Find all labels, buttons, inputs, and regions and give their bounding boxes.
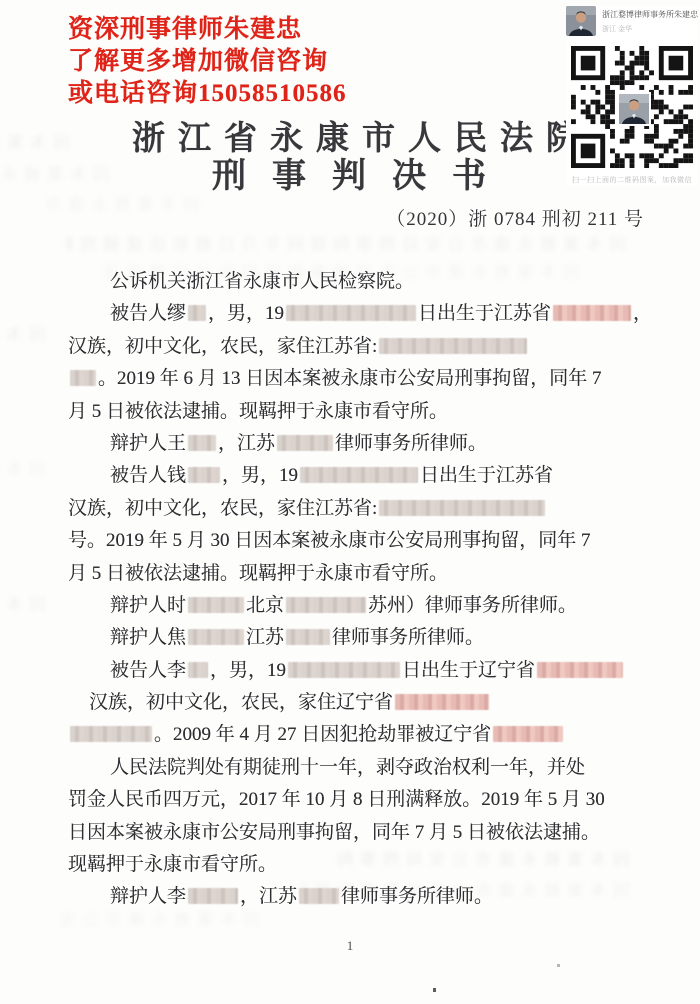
body-text: 罚金人民币四万元，2017 年 10 月 8 日刑满释放。2019 年 5 月 … [68, 789, 605, 810]
body-text: ，江苏 [218, 433, 275, 454]
redaction-block [188, 467, 220, 483]
body-text: 北京 [246, 595, 284, 616]
body-text: 现羁押于永康市看守所。 [68, 854, 277, 875]
body-line: 被告人缪，男，19日出生于江苏省， [68, 298, 658, 330]
body-text: 公诉机关浙江省永康市人民检察院。 [110, 271, 414, 292]
redaction-block [70, 370, 96, 386]
body-text: 律师事务所律师。 [335, 433, 487, 454]
lawyer-ad-stamp: 资深刑事律师朱建忠 了解更多增加微信咨询 或电话咨询15058510586 [68, 14, 347, 110]
body-text: 律师事务所律师。 [332, 627, 484, 648]
scan-artifact [433, 988, 436, 992]
body-text: 人民法院判处有期徒刑十一年，剥夺政治权利一年，并处 [110, 757, 585, 778]
judgment-body: 公诉机关浙江省永康市人民检察院。被告人缪，男，19日出生于江苏省，汉族，初中文化… [68, 266, 658, 914]
body-line: 辩护人王，江苏律师事务所律师。 [68, 428, 658, 460]
body-text: 月 5 日被依法逮捕。现羁押于永康市看守所。 [68, 401, 448, 422]
body-text: 。2019 年 6 月 13 日因本案被永康市公安局刑事拘留，同年 7 [98, 368, 602, 389]
body-text: 日因本案被永康市公安局刑事拘留，同年 7 月 5 日被依法逮捕。 [68, 822, 600, 843]
body-text: 。2009 年 4 月 27 日因犯抢劫罪被辽宁省 [154, 724, 491, 745]
bleed-through-text: 因本案被永康市公安局刑事拘留同年月日被依法逮捕现羁押于永康市看守所因本案被永康市… [66, 230, 626, 255]
redaction-block [277, 435, 333, 451]
qr-code [571, 46, 693, 168]
qr-center-avatar [617, 92, 651, 126]
redaction-block [188, 888, 238, 904]
body-line: 汉族，初中文化，农民，家住辽宁省 [68, 687, 658, 719]
redaction-block [286, 597, 366, 613]
body-text: 日出生于江苏省 [418, 303, 551, 324]
body-text: ，男，19 [222, 465, 298, 486]
redaction-block [395, 694, 489, 710]
body-text: 被告人李 [110, 660, 186, 681]
redaction-block [537, 662, 623, 678]
body-text: 日出生于辽宁省 [402, 660, 535, 681]
body-text: 日出生于江苏省 [420, 465, 553, 486]
redaction-block [379, 500, 545, 516]
body-line: 人民法院判处有期徒刑十一年，剥夺政治权利一年，并处 [68, 752, 658, 784]
ad-line-phone: 或电话咨询15058510586 [68, 78, 347, 110]
body-line: 被告人钱，男，19日出生于江苏省 [68, 460, 658, 492]
body-text: 汉族，初中文化，农民，家住江苏省: [68, 336, 377, 357]
redaction-block [553, 305, 631, 321]
contact-header: 浙江婺博律师事务所朱建忠 浙江 金华 [566, 6, 698, 36]
body-text: 辩护人王 [110, 433, 186, 454]
bleed-through-text: 因本案被永康市公安局刑事拘留同年月日被依法逮捕现羁押于永康市看守所因本案被永康市… [0, 320, 46, 345]
redaction-block [286, 305, 416, 321]
bleed-through-text: 因本案被永康市公安局刑事拘留同年月日被依法逮捕现羁押于永康市看守所因本案被永康市… [0, 455, 46, 480]
ad-line-lawyer-name: 资深刑事律师朱建忠 [68, 14, 347, 46]
scanned-judgment-page: 因本案被永康市公安局刑事拘留同年月日被依法逮捕现羁押于永康市看守所因本案被永康市… [0, 0, 700, 1004]
body-text: 苏州）律师事务所律师。 [368, 595, 577, 616]
body-line: 公诉机关浙江省永康市人民检察院。 [68, 266, 658, 298]
body-line: 罚金人民币四万元，2017 年 10 月 8 日刑满释放。2019 年 5 月 … [68, 784, 658, 816]
body-line: 。2019 年 6 月 13 日因本案被永康市公安局刑事拘留，同年 7 [68, 363, 658, 395]
body-text: 辩护人李 [110, 886, 186, 907]
body-text: 律师事务所律师。 [341, 886, 493, 907]
body-text: 汉族，初中文化，农民，家住辽宁省 [89, 692, 393, 713]
body-line: 汉族，初中文化，农民，家住江苏省: [68, 493, 658, 525]
body-line: 辩护人李，江苏律师事务所律师。 [68, 881, 658, 913]
page-number: 1 [0, 938, 700, 954]
contact-avatar [566, 6, 596, 36]
contact-name: 浙江婺博律师事务所朱建忠 [602, 10, 698, 19]
body-line: 被告人李，男，19日出生于辽宁省 [68, 655, 658, 687]
redaction-block [70, 726, 152, 742]
body-line: 日因本案被永康市公安局刑事拘留，同年 7 月 5 日被依法逮捕。 [68, 817, 658, 849]
body-text: 号。2019 年 5 月 30 日因本案被永康市公安局刑事拘留，同年 7 [68, 530, 591, 551]
body-text: 汉族，初中文化，农民，家住江苏省: [68, 498, 377, 519]
body-line: 汉族，初中文化，农民，家住江苏省: [68, 331, 658, 363]
redaction-block [188, 662, 208, 678]
body-text: 被告人钱 [110, 465, 186, 486]
body-text: 辩护人焦 [110, 627, 186, 648]
body-line: 月 5 日被依法逮捕。现羁押于永康市看守所。 [68, 396, 658, 428]
bleed-through-text: 因本案被永康市公安局刑事拘留同年月日被依法逮捕现羁押于永康市看守所因本案被永康市… [0, 590, 46, 615]
redaction-block [299, 888, 339, 904]
redaction-block [288, 662, 400, 678]
body-line: 辩护人焦江苏律师事务所律师。 [68, 622, 658, 654]
body-text: 被告人缪 [110, 303, 186, 324]
redaction-block [188, 629, 244, 645]
redaction-block [493, 726, 563, 742]
body-text: ， [633, 303, 652, 324]
body-line: 。2009 年 4 月 27 日因犯抢劫罪被辽宁省 [68, 719, 658, 751]
redaction-block [188, 305, 206, 321]
body-line: 辩护人时北京苏州）律师事务所律师。 [68, 590, 658, 622]
redaction-block [188, 597, 244, 613]
qr-caption: 扫一扫上面的二维码图案，加我微信 [566, 175, 698, 185]
redaction-block [188, 435, 216, 451]
body-text: ，男，19 [210, 660, 286, 681]
case-number: （2020）浙 0784 刑初 211 号 [386, 204, 644, 231]
body-text: ，男，19 [208, 303, 284, 324]
body-text: 月 5 日被依法逮捕。现羁押于永康市看守所。 [68, 563, 448, 584]
redaction-block [300, 467, 418, 483]
body-line: 月 5 日被依法逮捕。现羁押于永康市看守所。 [68, 558, 658, 590]
body-text: 辩护人时 [110, 595, 186, 616]
contact-meta: 浙江婺博律师事务所朱建忠 浙江 金华 [602, 6, 700, 34]
contact-location: 浙江 金华 [602, 24, 700, 34]
redaction-block [286, 629, 330, 645]
body-text: 江苏 [246, 627, 284, 648]
body-line: 现羁押于永康市看守所。 [68, 849, 658, 881]
redaction-block [379, 338, 527, 354]
scan-artifact [557, 964, 560, 967]
wechat-contact-card: 浙江婺博律师事务所朱建忠 浙江 金华 [566, 6, 698, 185]
body-line: 号。2019 年 5 月 30 日因本案被永康市公安局刑事拘留，同年 7 [68, 525, 658, 557]
ad-line-wechat: 了解更多增加微信咨询 [68, 46, 347, 78]
body-text: ，江苏 [240, 886, 297, 907]
